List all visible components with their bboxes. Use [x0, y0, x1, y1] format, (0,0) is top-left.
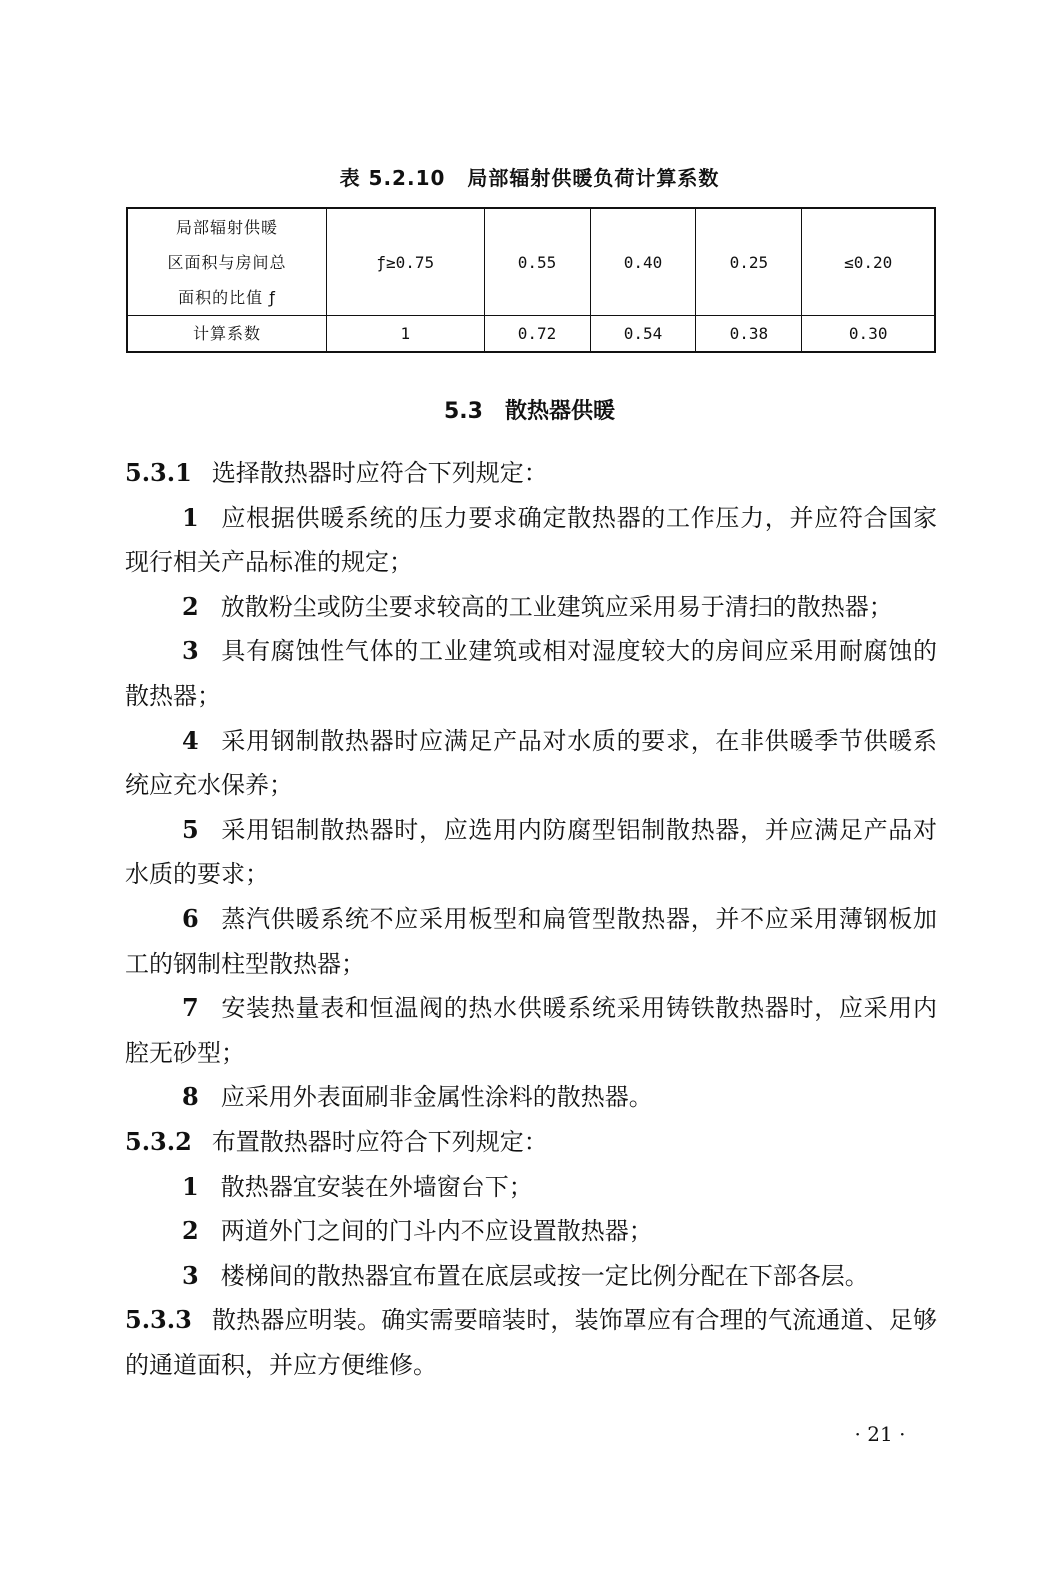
- list-item: 3楼梯间的散热器宜布置在底层或按一定比例分配在下部各层。: [125, 1254, 937, 1299]
- item-text: 采用钢制散热器时应满足产品对水质的要求，在非供暖季节供暖系统应充水保养；: [125, 727, 937, 800]
- item-text: 蒸汽供暖系统不应采用板型和扁管型散热器，并不应采用薄钢板加工的钢制柱型散热器；: [125, 905, 937, 978]
- table-cell: 0.72: [484, 316, 590, 353]
- item-text: 放散粉尘或防尘要求较高的工业建筑应采用易于清扫的散热器；: [221, 593, 893, 621]
- table-cell: ƒ≥0.75: [327, 208, 485, 316]
- item-text: 两道外门之间的门斗内不应设置散热器；: [221, 1217, 653, 1245]
- item-number: 6: [182, 904, 199, 933]
- table-cell: 0.54: [590, 316, 696, 353]
- item-number: 5: [182, 815, 199, 844]
- section-number: 5.3: [444, 399, 483, 424]
- table-cell: 1: [327, 316, 485, 353]
- item-text: 散热器宜安装在外墙窗台下；: [221, 1173, 533, 1201]
- table-cell: ≤0.20: [802, 208, 935, 316]
- item-number: 2: [182, 1216, 199, 1245]
- item-number: 1: [182, 1172, 199, 1201]
- table-caption-title: 局部辐射供暖负荷计算系数: [467, 166, 719, 190]
- coefficient-table: 局部辐射供暖 区面积与房间总 面积的比值 ƒ ƒ≥0.75 0.55 0.40 …: [126, 207, 936, 353]
- row-header-line: 面积的比值 ƒ: [128, 280, 326, 315]
- clause-5-3-1: 5.3.1选择散热器时应符合下列规定：: [125, 451, 937, 496]
- list-item: 7安装热量表和恒温阀的热水供暖系统采用铸铁散热器时，应采用内腔无砂型；: [125, 986, 937, 1075]
- section-title: 5.3散热器供暖: [0, 394, 1059, 425]
- list-item: 4采用钢制散热器时应满足产品对水质的要求，在非供暖季节供暖系统应充水保养；: [125, 719, 937, 808]
- item-text: 应根据供暖系统的压力要求确定散热器的工作压力，并应符合国家现行相关产品标准的规定…: [125, 504, 937, 577]
- table-cell: 0.55: [484, 208, 590, 316]
- list-item: 6蒸汽供暖系统不应采用板型和扁管型散热器，并不应采用薄钢板加工的钢制柱型散热器；: [125, 897, 937, 986]
- clause-5-3-3: 5.3.3散热器应明装。确实需要暗装时，装饰罩应有合理的气流通道、足够的通道面积…: [125, 1298, 937, 1387]
- table-row-ratio: 局部辐射供暖 区面积与房间总 面积的比值 ƒ ƒ≥0.75 0.55 0.40 …: [127, 208, 935, 316]
- item-number: 4: [182, 726, 199, 755]
- item-text: 安装热量表和恒温阀的热水供暖系统采用铸铁散热器时，应采用内腔无砂型；: [125, 994, 937, 1067]
- item-number: 3: [182, 1261, 199, 1290]
- table-cell: 0.25: [696, 208, 802, 316]
- clause-number: 5.3.2: [125, 1127, 192, 1156]
- row-header-ratio: 局部辐射供暖 区面积与房间总 面积的比值 ƒ: [127, 208, 327, 316]
- list-item: 2放散粉尘或防尘要求较高的工业建筑应采用易于清扫的散热器；: [125, 585, 937, 630]
- section-title-text: 散热器供暖: [505, 399, 615, 424]
- item-text: 具有腐蚀性气体的工业建筑或相对湿度较大的房间应采用耐腐蚀的散热器；: [125, 637, 937, 710]
- table-cell: 0.30: [802, 316, 935, 353]
- list-item: 2两道外门之间的门斗内不应设置散热器；: [125, 1209, 937, 1254]
- item-text: 楼梯间的散热器宜布置在底层或按一定比例分配在下部各层。: [221, 1262, 869, 1290]
- table-caption-number: 表 5.2.10: [340, 166, 446, 190]
- table-cell: 0.38: [696, 316, 802, 353]
- list-item: 5采用铝制散热器时，应选用内防腐型铝制散热器，并应满足产品对水质的要求；: [125, 808, 937, 897]
- item-number: 2: [182, 592, 199, 621]
- item-number: 3: [182, 636, 199, 665]
- clause-number: 5.3.1: [125, 458, 192, 487]
- row-header-line: 区面积与房间总: [128, 245, 326, 280]
- item-number: 7: [182, 993, 199, 1022]
- table-caption: 表 5.2.10局部辐射供暖负荷计算系数: [0, 162, 1059, 191]
- clause-number: 5.3.3: [125, 1305, 192, 1334]
- row-header-coefficient: 计算系数: [127, 316, 327, 353]
- clause-text: 选择散热器时应符合下列规定：: [212, 459, 548, 487]
- page-number: · 21 ·: [830, 1422, 930, 1446]
- item-text: 采用铝制散热器时，应选用内防腐型铝制散热器，并应满足产品对水质的要求；: [125, 816, 937, 889]
- table-cell: 0.40: [590, 208, 696, 316]
- table-row-coefficient: 计算系数 1 0.72 0.54 0.38 0.30: [127, 316, 935, 353]
- list-item: 1应根据供暖系统的压力要求确定散热器的工作压力，并应符合国家现行相关产品标准的规…: [125, 496, 937, 585]
- list-item: 3具有腐蚀性气体的工业建筑或相对湿度较大的房间应采用耐腐蚀的散热器；: [125, 629, 937, 718]
- item-number: 1: [182, 503, 199, 532]
- clause-5-3-2: 5.3.2布置散热器时应符合下列规定：: [125, 1120, 937, 1165]
- item-number: 8: [182, 1082, 199, 1111]
- body-text: 5.3.1选择散热器时应符合下列规定： 1应根据供暖系统的压力要求确定散热器的工…: [125, 451, 937, 1387]
- clause-text: 散热器应明装。确实需要暗装时，装饰罩应有合理的气流通道、足够的通道面积，并应方便…: [125, 1306, 937, 1379]
- item-text: 应采用外表面刷非金属性涂料的散热器。: [221, 1083, 653, 1111]
- list-item: 1散热器宜安装在外墙窗台下；: [125, 1165, 937, 1210]
- list-item: 8应采用外表面刷非金属性涂料的散热器。: [125, 1075, 937, 1120]
- clause-text: 布置散热器时应符合下列规定：: [212, 1128, 548, 1156]
- row-header-line: 局部辐射供暖: [128, 210, 326, 245]
